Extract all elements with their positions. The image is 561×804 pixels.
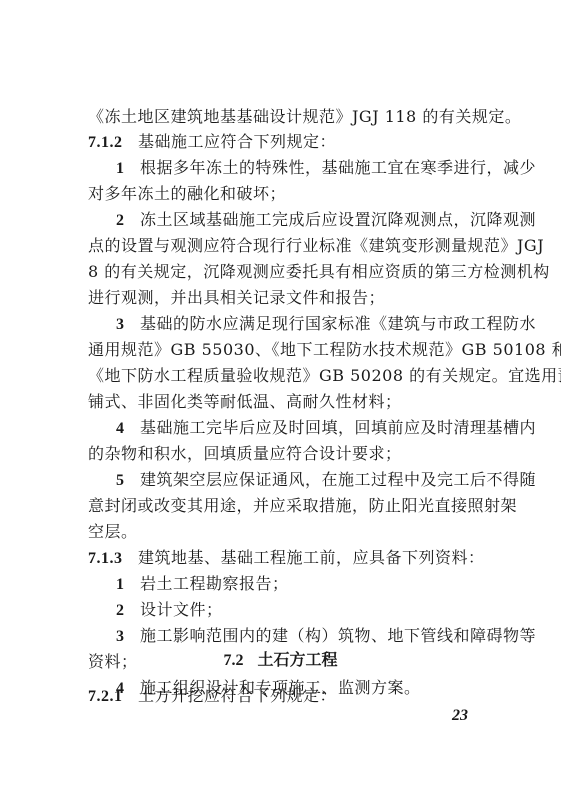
item-number: 2 — [116, 600, 140, 622]
item-text: 设计文件； — [140, 600, 223, 619]
item-text: 冻土区域基础施工完成后应设置沉降观测点，沉降观测 — [140, 210, 536, 229]
req-item-2: 2设计文件； — [88, 599, 486, 621]
item-number: 1 — [116, 574, 140, 596]
section-title: 土石方工程 — [257, 650, 337, 669]
item-number: 1 — [116, 158, 140, 180]
item-text: 基础施工完毕后应及时回填，回填前应及时清理基槽内 — [140, 418, 536, 437]
clause-text: 基础施工应符合下列规定： — [138, 132, 336, 151]
item-text: 根据多年冻土的特殊性，基础施工宜在寒季进行，减少 — [140, 158, 536, 177]
item-2-line-4: 进行观测，并出具相关记录文件和报告； — [88, 287, 486, 309]
item-4-line-1: 4基础施工完毕后应及时回填，回填前应及时清理基槽内 — [88, 417, 486, 439]
item-number: 3 — [116, 314, 140, 336]
clause-number: 7.2.1 — [88, 686, 138, 708]
item-1-line-2: 对多年冻土的融化和破坏； — [88, 183, 486, 205]
continuation-line: 《冻土地区建筑地基基础设计规范》JGJ 118 的有关规定。 — [88, 106, 486, 128]
item-1-line-1: 1根据多年冻土的特殊性，基础施工宜在寒季进行，减少 — [88, 157, 486, 179]
clause-number: 7.1.2 — [88, 132, 138, 154]
item-number: 2 — [116, 210, 140, 232]
item-2-line-3: 8 的有关规定，沉降观测应委托具有相应资质的第三方检测机构 — [88, 261, 486, 283]
clause-7-2-1: 7.2.1土方开挖应符合下列规定： — [88, 685, 486, 707]
clause-7-1-3: 7.1.3建筑地基、基础工程施工前，应具备下列资料： — [88, 547, 486, 569]
req-item-3-line-1: 3施工影响范围内的建（构）筑物、地下管线和障碍物等 — [88, 625, 486, 647]
section-number: 7.2 — [223, 652, 243, 669]
clause-text: 土方开挖应符合下列规定： — [138, 686, 336, 705]
item-number: 3 — [116, 626, 140, 648]
item-3-line-4: 铺式、非固化类等耐低温、高耐久性材料； — [88, 391, 486, 413]
item-text: 基础的防水应满足现行国家标准《建筑与市政工程防水 — [140, 314, 536, 333]
clause-number: 7.1.3 — [88, 548, 138, 570]
req-item-1: 1岩土工程勘察报告； — [88, 573, 486, 595]
item-3-line-1: 3基础的防水应满足现行国家标准《建筑与市政工程防水 — [88, 313, 486, 335]
section-heading: 7.2土石方工程 — [0, 649, 561, 672]
page-number: 23 — [452, 707, 468, 725]
item-number: 4 — [116, 418, 140, 440]
item-3-line-2: 通用规范》GB 55030、《地下工程防水技术规范》GB 50108 和 — [88, 339, 486, 361]
item-number: 5 — [116, 470, 140, 492]
item-text: 建筑架空层应保证通风，在施工过程中及完工后不得随 — [140, 470, 536, 489]
item-text: 岩土工程勘察报告； — [140, 574, 289, 593]
item-5-line-1: 5建筑架空层应保证通风，在施工过程中及完工后不得随 — [88, 469, 486, 491]
clause-7-1-2: 7.1.2基础施工应符合下列规定： — [88, 131, 486, 153]
item-text: 施工影响范围内的建（构）筑物、地下管线和障碍物等 — [140, 626, 536, 645]
item-2-line-2: 点的设置与观测应符合现行行业标准《建筑变形测量规范》JGJ — [88, 235, 486, 257]
item-5-line-3: 空层。 — [88, 521, 486, 543]
document-page: 《冻土地区建筑地基基础设计规范》JGJ 118 的有关规定。 7.1.2基础施工… — [0, 0, 561, 804]
item-5-line-2: 意封闭或改变其用途，并应采取措施，防止阳光直接照射架 — [88, 495, 486, 517]
item-3-line-3: 《地下防水工程质量验收规范》GB 50208 的有关规定。宜选用预 — [88, 365, 486, 387]
clause-text: 建筑地基、基础工程施工前，应具备下列资料： — [138, 548, 485, 567]
item-2-line-1: 2冻土区域基础施工完成后应设置沉降观测点，沉降观测 — [88, 209, 486, 231]
item-4-line-2: 的杂物和积水，回填质量应符合设计要求； — [88, 443, 486, 465]
